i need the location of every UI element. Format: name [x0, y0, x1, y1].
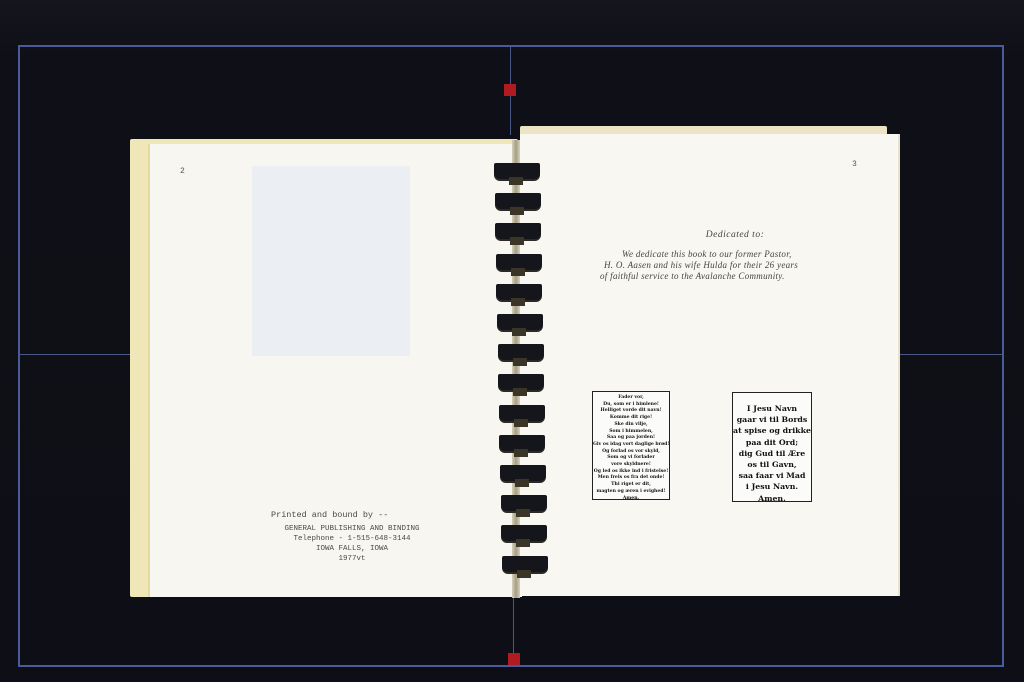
binding-coil [498, 344, 544, 360]
frame-border-left [18, 45, 20, 667]
grace-line: Amen. [733, 493, 811, 504]
binding-coil [501, 525, 547, 541]
binding-coil [498, 374, 544, 390]
grace-line: gaar vi til Bords [733, 414, 811, 425]
grace-line: at spise og drikke [733, 425, 811, 436]
prayer-line: Ske din vilje, [593, 422, 669, 429]
binding-coil [496, 284, 542, 300]
printer-line: 1977vt [262, 554, 442, 564]
binding-coil [495, 193, 541, 209]
binding-coil [496, 254, 542, 270]
printer-heading: Printed and bound by -- [271, 510, 442, 520]
printer-line: Telephone - 1-515-648-3144 [262, 534, 442, 544]
printer-line: GENERAL PUBLISHING AND BINDING [262, 524, 442, 534]
binding-coil [495, 223, 541, 239]
bleed-through-photo [252, 166, 410, 356]
binding-coil [499, 405, 545, 421]
binding-coil [499, 435, 545, 451]
crosshair-left [18, 354, 133, 355]
grace-line: dig Gud til Ære [733, 448, 811, 459]
grace-line: i Jesu Navn. [733, 481, 811, 492]
frame-border-top [18, 45, 1004, 47]
grace-line: saa faar vi Mad [733, 470, 811, 481]
binding-coil [501, 495, 547, 511]
binding-coil [497, 314, 543, 330]
binding-coil [502, 556, 548, 572]
printer-credit: Printed and bound by -- GENERAL PUBLISHI… [262, 510, 442, 564]
binding-coil [500, 465, 546, 481]
grace-line: os til Gavn, [733, 459, 811, 470]
prayer-line: Amen. [593, 496, 669, 503]
table-grace-box: I Jesu Navn gaar vi til Bords at spise o… [732, 392, 812, 502]
crosshair-right [896, 354, 1004, 355]
prayer-line: Komme dit rige! [593, 415, 669, 422]
dedication: Dedicated to: We dedicate this book to o… [600, 230, 830, 282]
grace-line: I Jesu Navn [733, 403, 811, 414]
prayer-line: Saa og paa jorden! [593, 435, 669, 442]
binding-coil [494, 163, 540, 179]
registration-marker-top [504, 84, 516, 96]
frame-border-right [1002, 45, 1004, 667]
prayer-line: Thi riget er dit, [593, 482, 669, 489]
dedication-line: We dedicate this book to our former Past… [600, 249, 830, 260]
prayer-line: vore skyldnere! [593, 462, 669, 469]
lords-prayer-box: Fader vor, Du, som er i himlene! Hellige… [592, 391, 670, 500]
grace-line: paa dit Ord; [733, 437, 811, 448]
crosshair-bottom [513, 598, 514, 653]
page-number-left: 2 [180, 167, 185, 176]
printer-line: IOWA FALLS, IOWA [262, 544, 442, 554]
dedication-title: Dedicated to: [640, 230, 830, 240]
prayer-line: Fader vor, [593, 395, 669, 402]
dedication-line: of faithful service to the Avalanche Com… [600, 271, 830, 282]
page-number-right: 3 [852, 160, 857, 169]
registration-marker-bottom [508, 653, 520, 665]
prayer-line: Giv os idag vort daglige brød! [593, 442, 669, 449]
dedication-line: H. O. Aasen and his wife Hulda for their… [600, 260, 830, 271]
prayer-line: magten og æren i evighed! [593, 489, 669, 496]
right-page [520, 134, 900, 596]
frame-border-bottom [18, 665, 1004, 667]
